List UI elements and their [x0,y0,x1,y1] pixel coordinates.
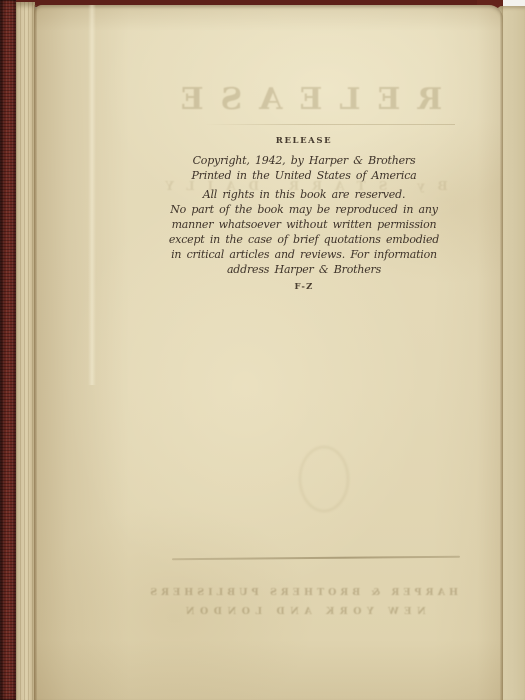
copyright-line: Copyright, 1942, by Harper & Brothers [150,153,458,168]
copyright-page: RELEASE By STARR DAILY HARPER & BROTHERS… [34,5,503,700]
showthrough-footer-rule [172,556,460,561]
address-line: address Harper & Brothers [150,262,458,277]
fore-edge-line [500,6,503,700]
rights-line-5: in critical articles and reviews. For in… [150,247,458,262]
printed-in-line: Printed in the United States of America [150,168,458,183]
book-photo: RELEASE By STARR DAILY HARPER & BROTHERS… [0,0,525,700]
imprint-heading: RELEASE [150,136,458,146]
gutter-highlight [88,5,96,385]
imprint-block: RELEASE Copyright, 1942, by Harper & Bro… [150,136,458,292]
printing-code: F-Z [150,282,458,292]
rights-line-3: manner whatsoever without written permis… [150,217,458,232]
showthrough-layer: RELEASE By STARR DAILY HARPER & BROTHERS… [0,0,525,700]
showthrough-publisher-line2: NEW YORK AND LONDON [148,606,458,617]
showthrough-colophon-emblem [299,446,349,512]
showthrough-title: RELEASE [148,82,458,117]
rights-line-4: except in the case of brief quotations e… [150,232,458,247]
gutter-crease [34,5,37,700]
rights-line-2: No part of the book may be reproduced in… [150,202,458,217]
rights-line-1: All rights in this book are reserved. [150,187,458,202]
showthrough-publisher-line1: HARPER & BROTHERS PUBLISHERS [148,587,458,598]
showthrough-title-rule [205,124,455,125]
